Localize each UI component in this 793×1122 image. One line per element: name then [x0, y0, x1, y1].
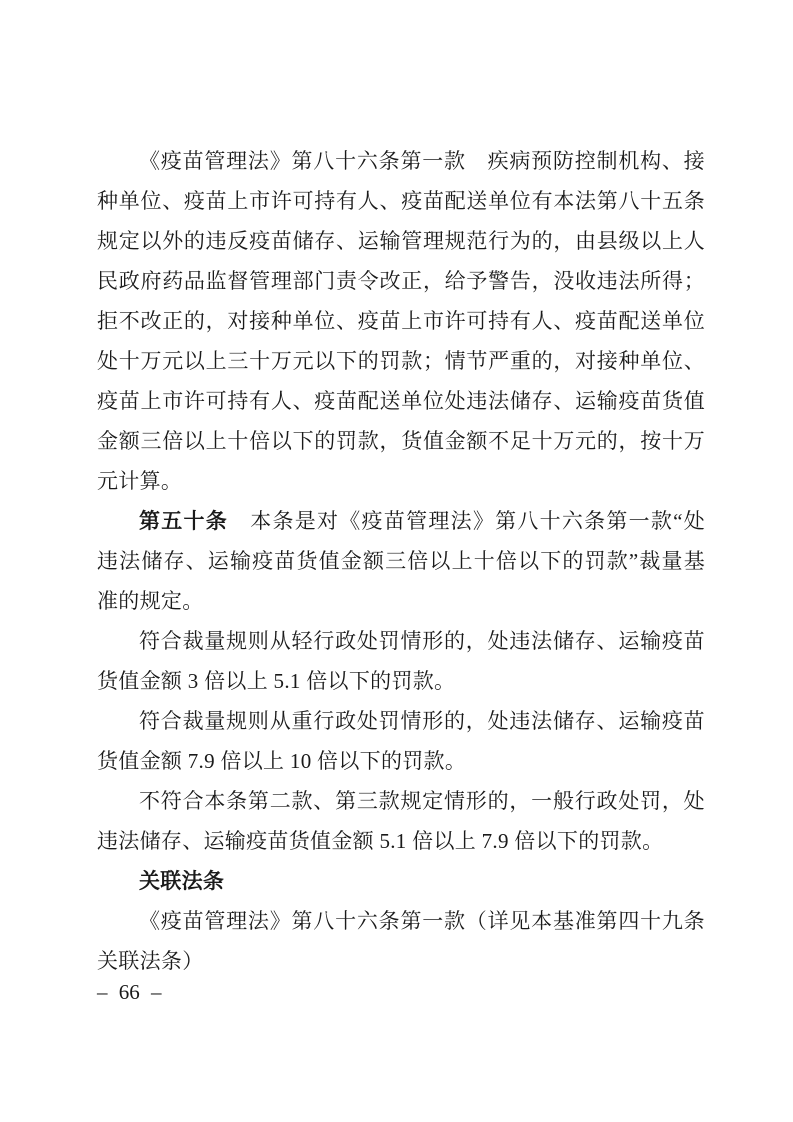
text-line: 不符合本条第二款、第三款规定情形的，一般行政处罚，处 — [97, 781, 705, 821]
text-segment: 处十万元以上三十万元以下的罚款；情节严重的，对接种单位、 — [97, 349, 705, 373]
text-line: 第五十条 本条是对《疫苗管理法》第八十六条第一款“处 — [97, 501, 705, 541]
text-segment: 符合裁量规则从轻行政处罚情形的，处违法储存、运输疫苗 — [139, 629, 705, 653]
text-segment: 违法储存、运输疫苗货值金额三倍以上十倍以下的罚款”裁量基 — [97, 549, 705, 573]
text-line: 《疫苗管理法》第八十六条第一款 疾病预防控制机构、接 — [97, 141, 705, 181]
text-segment: 金额三倍以上十倍以下的罚款，货值金额不足十万元的，按十万 — [97, 429, 705, 453]
text-segment: 违法储存、运输疫苗货值金额 5.1 倍以上 7.9 倍以下的罚款。 — [97, 829, 663, 853]
text-segment: 货值金额 3 倍以上 5.1 倍以下的罚款。 — [97, 669, 455, 693]
bold-text: 第五十条 — [139, 510, 228, 533]
text-line: 关联法条 — [97, 861, 705, 901]
text-segment: 本条是对《疫苗管理法》第八十六条第一款“处 — [228, 509, 705, 533]
paragraph-article-50-basis: 第五十条 本条是对《疫苗管理法》第八十六条第一款“处违法储存、运输疫苗货值金额三… — [97, 501, 705, 621]
page-number: – 66 – — [97, 977, 162, 1007]
text-line: 民政府药品监督管理部门责令改正，给予警告，没收违法所得； — [97, 261, 705, 301]
text-segment: 符合裁量规则从重行政处罚情形的，处违法储存、运输疫苗 — [139, 709, 705, 733]
text-segment: 元计算。 — [97, 469, 182, 493]
text-line: 种单位、疫苗上市许可持有人、疫苗配送单位有本法第八十五条 — [97, 181, 705, 221]
text-segment: 《疫苗管理法》第八十六条第一款（详见本基准第四十九条 — [139, 909, 705, 933]
text-line: 准的规定。 — [97, 581, 705, 621]
text-line: 货值金额 7.9 倍以上 10 倍以下的罚款。 — [97, 741, 705, 781]
paragraph-related-articles-heading: 关联法条 — [97, 861, 705, 901]
document-page: 《疫苗管理法》第八十六条第一款 疾病预防控制机构、接种单位、疫苗上市许可持有人、… — [0, 0, 793, 1122]
text-segment: 拒不改正的，对接种单位、疫苗上市许可持有人、疫苗配送单位 — [97, 309, 705, 333]
text-line: 疫苗上市许可持有人、疫苗配送单位处违法储存、运输疫苗货值 — [97, 381, 705, 421]
paragraph-severe-punishment-clause: 符合裁量规则从重行政处罚情形的，处违法储存、运输疫苗货值金额 7.9 倍以上 1… — [97, 701, 705, 781]
text-line: 违法储存、运输疫苗货值金额三倍以上十倍以下的罚款”裁量基 — [97, 541, 705, 581]
paragraph-related-articles-reference: 《疫苗管理法》第八十六条第一款（详见本基准第四十九条关联法条） — [97, 901, 705, 981]
text-segment: 不符合本条第二款、第三款规定情形的，一般行政处罚，处 — [139, 789, 705, 813]
text-line: 符合裁量规则从重行政处罚情形的，处违法储存、运输疫苗 — [97, 701, 705, 741]
text-segment: 种单位、疫苗上市许可持有人、疫苗配送单位有本法第八十五条 — [97, 189, 705, 213]
text-segment: 疾病预防控制机构、接 — [466, 149, 705, 173]
text-segment: 准的规定。 — [97, 589, 204, 613]
text-segment: 关联法条） — [97, 949, 204, 973]
text-line: 元计算。 — [97, 461, 705, 501]
text-segment: 民政府药品监督管理部门责令改正，给予警告，没收违法所得； — [97, 269, 705, 293]
text-segment: 疫苗上市许可持有人、疫苗配送单位处违法储存、运输疫苗货值 — [97, 389, 705, 413]
paragraph-general-punishment-clause: 不符合本条第二款、第三款规定情形的，一般行政处罚，处违法储存、运输疫苗货值金额 … — [97, 781, 705, 861]
text-segment: 规定以外的违反疫苗储存、运输管理规范行为的，由县级以上人 — [97, 229, 705, 253]
page-number-text: – 66 – — [97, 980, 162, 1004]
bold-text: 关联法条 — [139, 870, 224, 893]
text-segment: 《疫苗管理法》第八十六条第一款 — [139, 149, 466, 173]
paragraph-lenient-punishment-clause: 符合裁量规则从轻行政处罚情形的，处违法储存、运输疫苗货值金额 3 倍以上 5.1… — [97, 621, 705, 701]
text-segment: 货值金额 7.9 倍以上 10 倍以下的罚款。 — [97, 749, 466, 773]
text-line: 违法储存、运输疫苗货值金额 5.1 倍以上 7.9 倍以下的罚款。 — [97, 821, 705, 861]
text-line: 关联法条） — [97, 941, 705, 981]
text-line: 规定以外的违反疫苗储存、运输管理规范行为的，由县级以上人 — [97, 221, 705, 261]
text-line: 《疫苗管理法》第八十六条第一款（详见本基准第四十九条 — [97, 901, 705, 941]
text-line: 符合裁量规则从轻行政处罚情形的，处违法储存、运输疫苗 — [97, 621, 705, 661]
paragraph-law-article-quote: 《疫苗管理法》第八十六条第一款 疾病预防控制机构、接种单位、疫苗上市许可持有人、… — [97, 141, 705, 501]
text-line: 金额三倍以上十倍以下的罚款，货值金额不足十万元的，按十万 — [97, 421, 705, 461]
text-line: 处十万元以上三十万元以下的罚款；情节严重的，对接种单位、 — [97, 341, 705, 381]
document-text: 《疫苗管理法》第八十六条第一款 疾病预防控制机构、接种单位、疫苗上市许可持有人、… — [97, 141, 705, 981]
text-line: 货值金额 3 倍以上 5.1 倍以下的罚款。 — [97, 661, 705, 701]
text-line: 拒不改正的，对接种单位、疫苗上市许可持有人、疫苗配送单位 — [97, 301, 705, 341]
